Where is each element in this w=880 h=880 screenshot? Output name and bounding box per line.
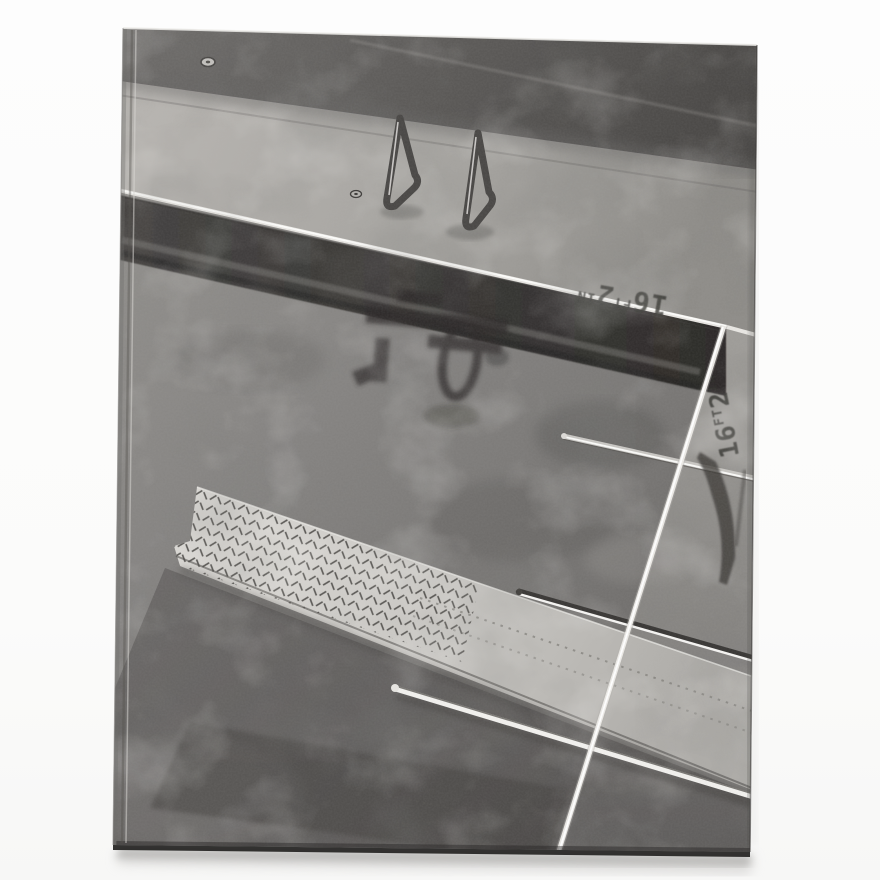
- book-product-photo: 16FT2IN 16FT2IN: [0, 0, 880, 880]
- book: 16FT2IN 16FT2IN: [65, 20, 770, 870]
- film-grain: [108, 20, 764, 865]
- cover-photograph: 16FT2IN 16FT2IN: [65, 20, 770, 870]
- product-photo-stage: 16FT2IN 16FT2IN: [0, 0, 880, 880]
